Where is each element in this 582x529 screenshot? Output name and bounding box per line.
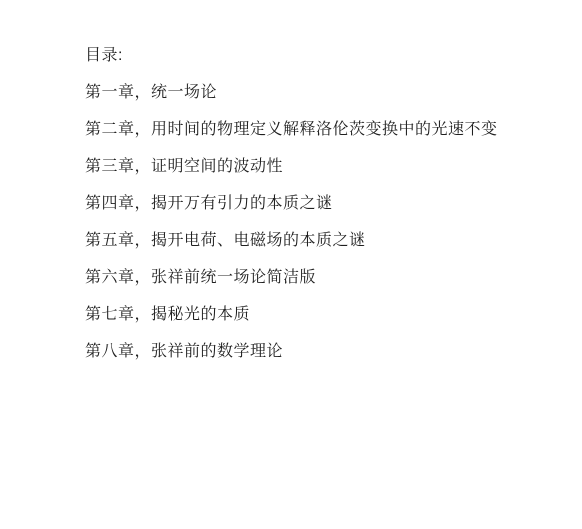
toc-heading: 目录: (85, 48, 542, 64)
document-page: 目录: 第一章，统一场论 第二章，用时间的物理定义解释洛伦茨变换中的光速不变 第… (0, 0, 582, 529)
toc-entry-chapter-5: 第五章，揭开电荷、电磁场的本质之谜 (85, 233, 542, 249)
toc-entry-chapter-4: 第四章，揭开万有引力的本质之谜 (85, 196, 542, 212)
toc-entry-chapter-1: 第一章，统一场论 (85, 85, 542, 101)
toc-entry-chapter-2: 第二章，用时间的物理定义解释洛伦茨变换中的光速不变 (85, 122, 542, 138)
toc-entry-chapter-7: 第七章，揭秘光的本质 (85, 307, 542, 323)
toc-entry-chapter-6: 第六章，张祥前统一场论简洁版 (85, 270, 542, 286)
toc-entry-chapter-3: 第三章，证明空间的波动性 (85, 159, 542, 175)
toc-entry-chapter-8: 第八章，张祥前的数学理论 (85, 344, 542, 360)
